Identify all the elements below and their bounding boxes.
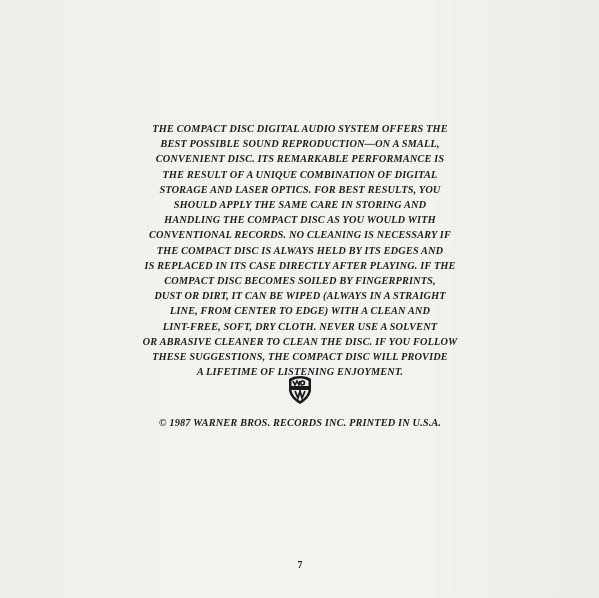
booklet-page: THE COMPACT DISC DIGITAL AUDIO SYSTEM OF… — [0, 0, 599, 598]
cd-care-notice: THE COMPACT DISC DIGITAL AUDIO SYSTEM OF… — [100, 122, 500, 380]
notice-line: IS REPLACED IN ITS CASE DIRECTLY AFTER P… — [100, 259, 500, 274]
warner-bros-shield-icon — [287, 375, 313, 405]
notice-line: LINT-FREE, SOFT, DRY CLOTH. NEVER USE A … — [100, 320, 500, 335]
notice-line: BEST POSSIBLE SOUND REPRODUCTION—ON A SM… — [100, 137, 500, 152]
notice-line: THE RESULT OF A UNIQUE COMBINATION OF DI… — [100, 168, 500, 183]
notice-line: OR ABRASIVE CLEANER TO CLEAN THE DISC. I… — [100, 335, 500, 350]
notice-line: THE COMPACT DISC IS ALWAYS HELD BY ITS E… — [100, 244, 500, 259]
notice-line: THESE SUGGESTIONS, THE COMPACT DISC WILL… — [100, 350, 500, 365]
page-number: 7 — [290, 560, 310, 571]
notice-line: THE COMPACT DISC DIGITAL AUDIO SYSTEM OF… — [100, 122, 500, 137]
notice-line: STORAGE AND LASER OPTICS. FOR BEST RESUL… — [100, 183, 500, 198]
notice-line: COMPACT DISC BECOMES SOILED BY FINGERPRI… — [100, 274, 500, 289]
notice-line: CONVENIENT DISC. ITS REMARKABLE PERFORMA… — [100, 152, 500, 167]
notice-line: DUST OR DIRT, IT CAN BE WIPED (ALWAYS IN… — [100, 289, 500, 304]
notice-line: HANDLING THE COMPACT DISC AS YOU WOULD W… — [100, 213, 500, 228]
notice-line: SHOULD APPLY THE SAME CARE IN STORING AN… — [100, 198, 500, 213]
copyright-notice: © 1987 WARNER BROS. RECORDS INC. PRINTED… — [100, 418, 500, 429]
notice-line: CONVENTIONAL RECORDS. NO CLEANING IS NEC… — [100, 228, 500, 243]
notice-line: LINE, FROM CENTER TO EDGE) WITH A CLEAN … — [100, 304, 500, 319]
